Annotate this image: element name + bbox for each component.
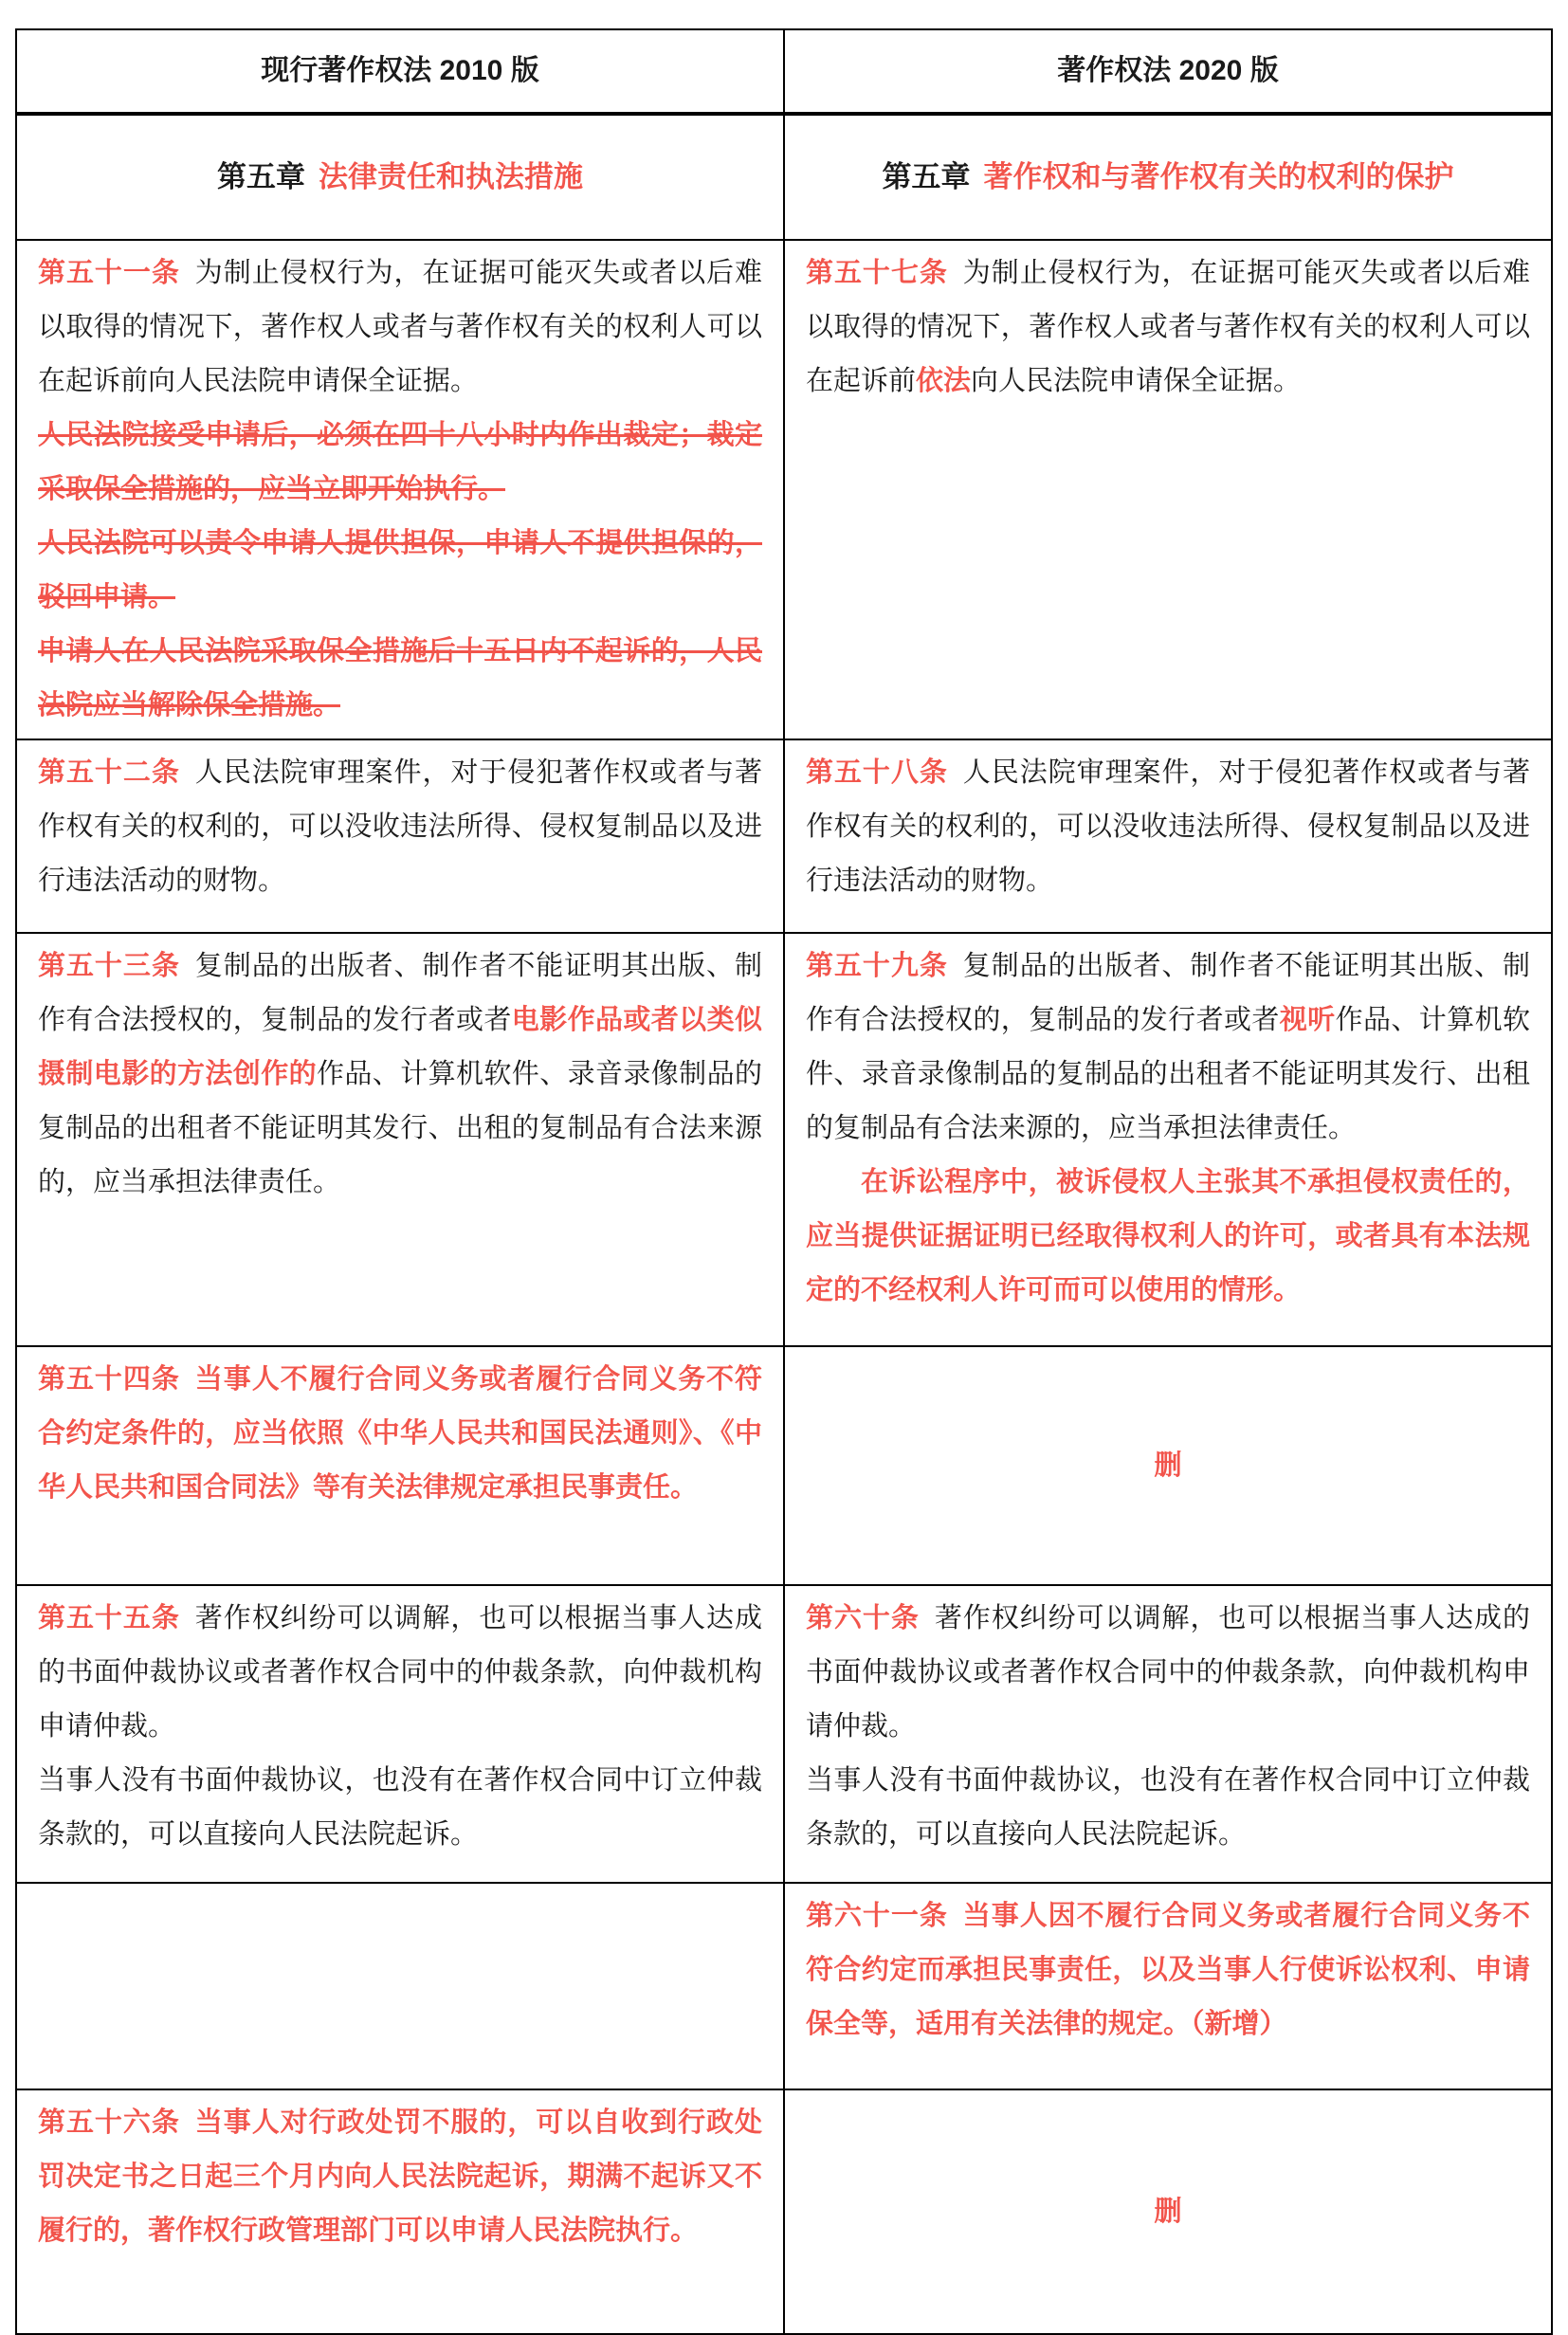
- article-row-52-58: 第五十二条人民法院审理案件，对于侵犯著作权或者与著作权有关的权利的，可以没收违法…: [16, 739, 1552, 933]
- article-51-deleted-paragraph-3: 申请人在人民法院采取保全措施后十五日内不起诉的，人民法院应当解除保全措施。: [38, 625, 762, 733]
- law-comparison-table: 现行著作权法 2010 版 著作权法 2020 版 第五章法律责任和执法措施 第…: [15, 28, 1553, 2335]
- article-54-cell: 第五十四条当事人不履行合同义务或者履行合同义务不符合约定条件的，应当依照《中华人…: [16, 1346, 784, 1585]
- article-60-cell: 第六十条著作权纠纷可以调解，也可以根据当事人达成的书面仲裁协议或者著作权合同中的…: [784, 1585, 1552, 1883]
- article-51-number: 第五十一条: [38, 258, 180, 288]
- article-55-number: 第五十五条: [38, 1603, 180, 1633]
- article-row-56-deleted: 第五十六条当事人对行政处罚不服的，可以自收到行政处罚决定书之日起三个月内向人民法…: [16, 2089, 1552, 2334]
- article-row-55-60: 第五十五条著作权纠纷可以调解，也可以根据当事人达成的书面仲裁协议或者著作权合同中…: [16, 1585, 1552, 1883]
- article-55-cell: 第五十五条著作权纠纷可以调解，也可以根据当事人达成的书面仲裁协议或者著作权合同中…: [16, 1585, 784, 1883]
- article-row-54-deleted: 第五十四条当事人不履行合同义务或者履行合同义务不符合约定条件的，应当依照《中华人…: [16, 1346, 1552, 1585]
- article-59-number: 第五十九条: [806, 951, 948, 981]
- article-53-cell: 第五十三条复制品的出版者、制作者不能证明其出版、制作有合法授权的，复制品的发行者…: [16, 933, 784, 1346]
- article-51-deleted-paragraph-1: 人民法院接受申请后，必须在四十八小时内作出裁定；裁定采取保全措施的，应当立即开始…: [38, 409, 762, 517]
- article-52-paragraph: 第五十二条人民法院审理案件，对于侵犯著作权或者与著作权有关的权利的，可以没收违法…: [38, 746, 762, 908]
- article-53-paragraph: 第五十三条复制品的出版者、制作者不能证明其出版、制作有合法授权的，复制品的发行者…: [38, 939, 762, 1210]
- article-60-paragraph-1: 第六十条著作权纠纷可以调解，也可以根据当事人达成的书面仲裁协议或者著作权合同中的…: [806, 1592, 1530, 1754]
- deleted-marker-cell-56: 删: [784, 2089, 1552, 2334]
- article-52-number: 第五十二条: [38, 757, 180, 788]
- article-57-cell: 第五十七条为制止侵权行为，在证据可能灭失或者以后难以取得的情况下，著作权人或者与…: [784, 240, 1552, 739]
- table-header-row: 现行著作权法 2010 版 著作权法 2020 版: [16, 29, 1552, 114]
- article-57-number: 第五十七条: [806, 258, 948, 288]
- article-59-highlight: 视听: [1280, 1005, 1336, 1035]
- article-56-paragraph: 第五十六条当事人对行政处罚不服的，可以自收到行政处罚决定书之日起三个月内向人民法…: [38, 2096, 762, 2258]
- article-row-61-new: 第六十一条当事人因不履行合同义务或者履行合同义务不符合约定而承担民事责任，以及当…: [16, 1883, 1552, 2089]
- article-59-cell: 第五十九条复制品的出版者、制作者不能证明其出版、制作有合法授权的，复制品的发行者…: [784, 933, 1552, 1346]
- article-54-number: 第五十四条: [38, 1364, 180, 1395]
- article-60-paragraph-2: 当事人没有书面仲裁协议，也没有在著作权合同中订立仲裁条款的，可以直接向人民法院起…: [806, 1754, 1530, 1862]
- article-61-number: 第六十一条: [806, 1901, 948, 1931]
- chapter-title-2020: 著作权和与著作权有关的权利的保护: [984, 160, 1454, 193]
- article-55-paragraph-2: 当事人没有书面仲裁协议，也没有在著作权合同中订立仲裁条款的，可以直接向人民法院起…: [38, 1754, 762, 1862]
- article-58-cell: 第五十八条人民法院审理案件，对于侵犯著作权或者与著作权有关的权利的，可以没收违法…: [784, 739, 1552, 933]
- chapter-title-2010: 法律责任和执法措施: [319, 160, 583, 193]
- empty-cell-61: [16, 1883, 784, 2089]
- article-56-number: 第五十六条: [38, 2107, 180, 2138]
- article-51-deleted-paragraph-2: 人民法院可以责令申请人提供担保，申请人不提供担保的，驳回申请。: [38, 517, 762, 625]
- article-57-highlight: 依法: [916, 366, 971, 396]
- article-61-paragraph: 第六十一条当事人因不履行合同义务或者履行合同义务不符合约定而承担民事责任，以及当…: [806, 1889, 1530, 2052]
- chapter-number-2020: 第五章: [883, 160, 971, 193]
- header-law-2020: 著作权法 2020 版: [784, 29, 1552, 114]
- chapter-cell-2020: 第五章著作权和与著作权有关的权利的保护: [784, 114, 1552, 240]
- deleted-marker-cell-54: 删: [784, 1346, 1552, 1585]
- article-51-paragraph: 第五十一条为制止侵权行为，在证据可能灭失或者以后难以取得的情况下，著作权人或者与…: [38, 246, 762, 409]
- article-58-paragraph: 第五十八条人民法院审理案件，对于侵犯著作权或者与著作权有关的权利的，可以没收违法…: [806, 746, 1530, 908]
- article-59-added-paragraph: 在诉讼程序中，被诉侵权人主张其不承担侵权责任的，应当提供证据证明已经取得权利人的…: [806, 1156, 1530, 1318]
- article-57-text-after: 向人民法院申请保全证据。: [971, 366, 1301, 396]
- article-row-53-59: 第五十三条复制品的出版者、制作者不能证明其出版、制作有合法授权的，复制品的发行者…: [16, 933, 1552, 1346]
- chapter-row: 第五章法律责任和执法措施 第五章著作权和与著作权有关的权利的保护: [16, 114, 1552, 240]
- article-row-51-57: 第五十一条为制止侵权行为，在证据可能灭失或者以后难以取得的情况下，著作权人或者与…: [16, 240, 1552, 739]
- chapter-cell-2010: 第五章法律责任和执法措施: [16, 114, 784, 240]
- article-56-cell: 第五十六条当事人对行政处罚不服的，可以自收到行政处罚决定书之日起三个月内向人民法…: [16, 2089, 784, 2334]
- article-55-paragraph-1: 第五十五条著作权纠纷可以调解，也可以根据当事人达成的书面仲裁协议或者著作权合同中…: [38, 1592, 762, 1754]
- article-57-paragraph: 第五十七条为制止侵权行为，在证据可能灭失或者以后难以取得的情况下，著作权人或者与…: [806, 246, 1530, 409]
- article-59-paragraph: 第五十九条复制品的出版者、制作者不能证明其出版、制作有合法授权的，复制品的发行者…: [806, 939, 1530, 1156]
- article-51-cell: 第五十一条为制止侵权行为，在证据可能灭失或者以后难以取得的情况下，著作权人或者与…: [16, 240, 784, 739]
- article-61-cell: 第六十一条当事人因不履行合同义务或者履行合同义务不符合约定而承担民事责任，以及当…: [784, 1883, 1552, 2089]
- article-53-number: 第五十三条: [38, 951, 180, 981]
- article-60-number: 第六十条: [806, 1603, 920, 1633]
- article-58-number: 第五十八条: [806, 757, 948, 788]
- article-52-cell: 第五十二条人民法院审理案件，对于侵犯著作权或者与著作权有关的权利的，可以没收违法…: [16, 739, 784, 933]
- article-54-paragraph: 第五十四条当事人不履行合同义务或者履行合同义务不符合约定条件的，应当依照《中华人…: [38, 1353, 762, 1515]
- header-law-2010: 现行著作权法 2010 版: [16, 29, 784, 114]
- chapter-number-2010: 第五章: [217, 160, 305, 193]
